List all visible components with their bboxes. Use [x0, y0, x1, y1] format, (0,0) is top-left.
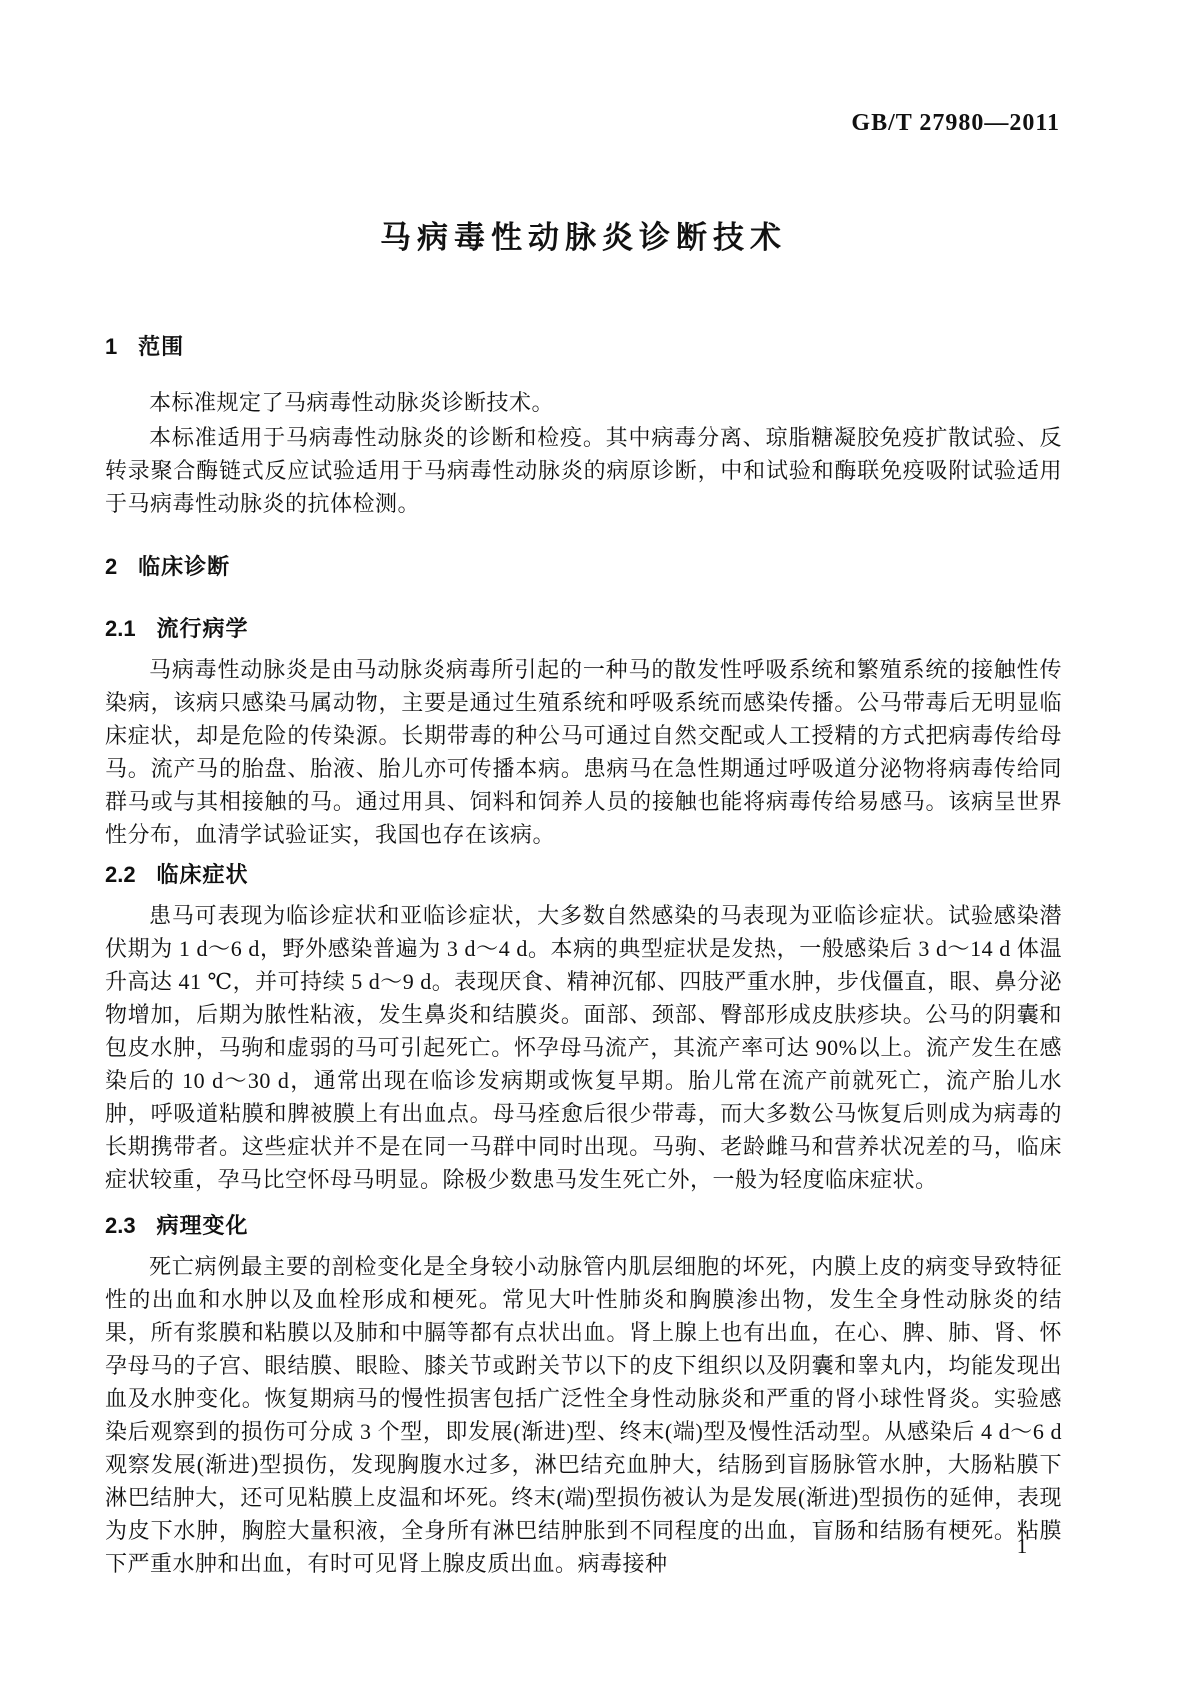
section-number: 2.1 [105, 616, 136, 642]
section-title: 临床诊断 [138, 554, 230, 579]
section-heading-scope: 1范围 [105, 330, 1062, 361]
document-page: GB/T 27980—2011 马病毒性动脉炎诊断技术 1范围 本标准规定了马病… [0, 0, 1191, 1684]
section-title: 范围 [138, 334, 184, 359]
section-heading-epidemiology: 2.1流行病学 [105, 612, 1062, 643]
section-number: 2 [105, 554, 117, 580]
section-title: 流行病学 [156, 616, 248, 641]
paragraph-pathological-changes: 死亡病例最主要的剖检变化是全身较小动脉管内肌层细胞的坏死，内膜上皮的病变导致特征… [105, 1250, 1062, 1580]
paragraph-scope-2: 本标准适用于马病毒性动脉炎的诊断和检疫。其中病毒分离、琼脂糖凝胶免疫扩散试验、反… [105, 421, 1062, 520]
section-title: 临床症状 [156, 862, 248, 887]
section-heading-clinical-diagnosis: 2临床诊断 [105, 550, 1062, 581]
section-number: 2.3 [105, 1213, 136, 1239]
section-number: 2.2 [105, 862, 136, 888]
paragraph-epidemiology: 马病毒性动脉炎是由马动脉炎病毒所引起的一种马的散发性呼吸系统和繁殖系统的接触性传… [105, 653, 1062, 851]
page-number: 1 [1002, 1534, 1042, 1559]
standard-code: GB/T 27980—2011 [851, 110, 1060, 137]
section-number: 1 [105, 334, 117, 360]
section-title: 病理变化 [156, 1213, 248, 1238]
paragraph-clinical-symptoms: 患马可表现为临诊症状和亚临诊症状，大多数自然感染的马表现为亚临诊症状。试验感染潜… [105, 899, 1062, 1196]
paragraph-scope-1: 本标准规定了马病毒性动脉炎诊断技术。 [105, 386, 1062, 419]
section-heading-pathological-changes: 2.3病理变化 [105, 1209, 1062, 1240]
section-heading-clinical-symptoms: 2.2临床症状 [105, 858, 1062, 889]
document-title: 马病毒性动脉炎诊断技术 [105, 212, 1062, 257]
